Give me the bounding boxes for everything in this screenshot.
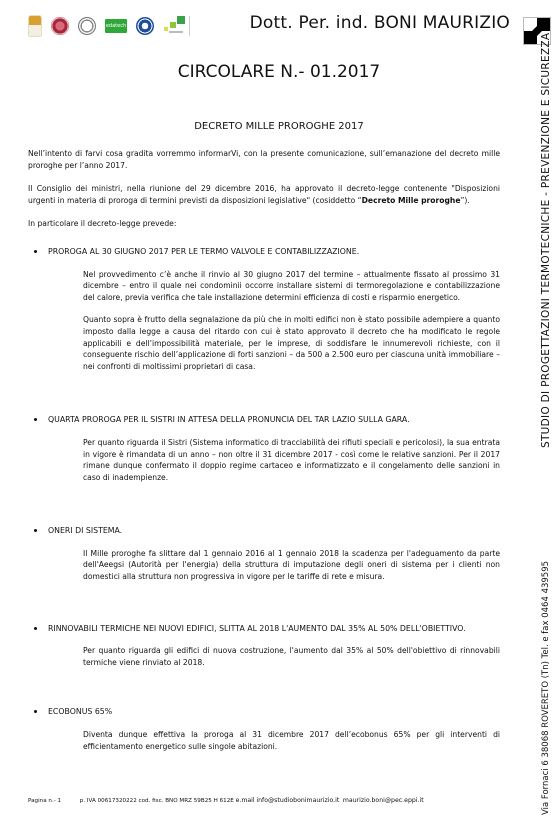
logo-green-squares [163, 16, 190, 36]
intro-paragraph: In particolare il decreto-legge prevede: [28, 218, 500, 230]
footer-pec-link[interactable]: maurizio.boni@pec.eppi.it [343, 797, 424, 804]
bullet-icon [34, 418, 37, 421]
footer-email-label: e.mail [236, 797, 255, 804]
section-heading: QUARTA PROROGA PER IL SISTRI IN ATTESA D… [28, 414, 500, 426]
intro-paragraph: Il Consiglio dei ministri, nella riunion… [28, 183, 500, 206]
section-rinnovabili: RINNOVABILI TERMICHE NEI NUOVI EDIFICI, … [28, 623, 500, 669]
section-heading: PROROGA AL 30 GIUGNO 2017 PER LE TERMO V… [28, 246, 500, 258]
bullet-icon [34, 710, 37, 713]
bullet-icon [34, 627, 37, 630]
header-logos: edatech [28, 14, 190, 38]
page-number: Pagina n.- 1 [28, 798, 78, 804]
side-studio-text: STUDIO DI PROGETTAZIONI TERMOTECNICHE - … [540, 33, 552, 448]
section-oneri: ONERI DI SISTEMA. Il Mille proroghe fa s… [28, 525, 500, 582]
section-ecobonus: ECOBONUS 65% Diventa dunque effettiva la… [28, 706, 500, 752]
logo-seal-blue [136, 17, 154, 35]
bullet-icon [34, 529, 37, 532]
section-heading: ONERI DI SISTEMA. [28, 525, 500, 537]
logo-edatech: edatech [105, 19, 127, 33]
intro-tail-text: ”). [460, 196, 469, 205]
section-paragraph: Per quanto riguarda il Sistri (Sistema i… [83, 437, 500, 483]
section-heading: RINNOVABILI TERMICHE NEI NUOVI EDIFICI, … [28, 623, 500, 635]
section-paragraph: Diventa dunque effettiva la proroga al 3… [83, 729, 500, 752]
bullet-icon [34, 250, 37, 253]
side-address-text: Via Fornaci 6 38068 ROVERETO (Tn) Tel. e… [541, 561, 551, 815]
section-sistri: QUARTA PROROGA PER IL SISTRI IN ATTESA D… [28, 414, 500, 483]
section-heading-text: RINNOVABILI TERMICHE NEI NUOVI EDIFICI, … [48, 624, 466, 633]
section-paragraph: Il Mille proroghe fa slittare dal 1 genn… [83, 548, 500, 583]
section-termovalvole: PROROGA AL 30 GIUGNO 2017 PER LE TERMO V… [28, 246, 500, 372]
section-paragraph: Nel provvedimento c’è anche il rinvio al… [83, 269, 500, 304]
footer-email-link[interactable]: info@studiobonimaurizio.it [256, 797, 339, 804]
page-title: CIRCOLARE N.- 01.2017 [0, 62, 558, 82]
section-heading: ECOBONUS 65% [28, 706, 500, 718]
page-subtitle: DECRETO MILLE PROROGHE 2017 [0, 121, 558, 132]
section-heading-text: PROROGA AL 30 GIUGNO 2017 PER LE TERMO V… [48, 247, 359, 256]
section-paragraph: Per quanto riguarda gli edifici di nuova… [83, 645, 500, 668]
document-body: Nell’intento di farvi cosa gradita vorre… [28, 148, 500, 752]
logo-seal-gray [78, 17, 96, 35]
intro-paragraph: Nell’intento di farvi cosa gradita vorre… [28, 148, 500, 171]
logo-ordine [28, 15, 42, 37]
logo-seal-red [51, 17, 69, 35]
section-paragraph: Quanto sopra è frutto della segnalazione… [83, 314, 500, 372]
section-heading-text: ONERI DI SISTEMA. [48, 526, 122, 535]
footer-vat: p. IVA 00617320222 cod. fisc. BNO MRZ 59… [80, 798, 234, 804]
page-footer: Pagina n.- 1 p. IVA 00617320222 cod. fis… [28, 797, 424, 804]
section-heading-text: QUARTA PROROGA PER IL SISTRI IN ATTESA D… [48, 415, 410, 424]
intro-bold-text: Decreto Mille proroghe [362, 196, 461, 205]
section-heading-text: ECOBONUS 65% [48, 707, 112, 716]
header-name: Dott. Per. ind. BONI MAURIZIO [250, 13, 510, 33]
